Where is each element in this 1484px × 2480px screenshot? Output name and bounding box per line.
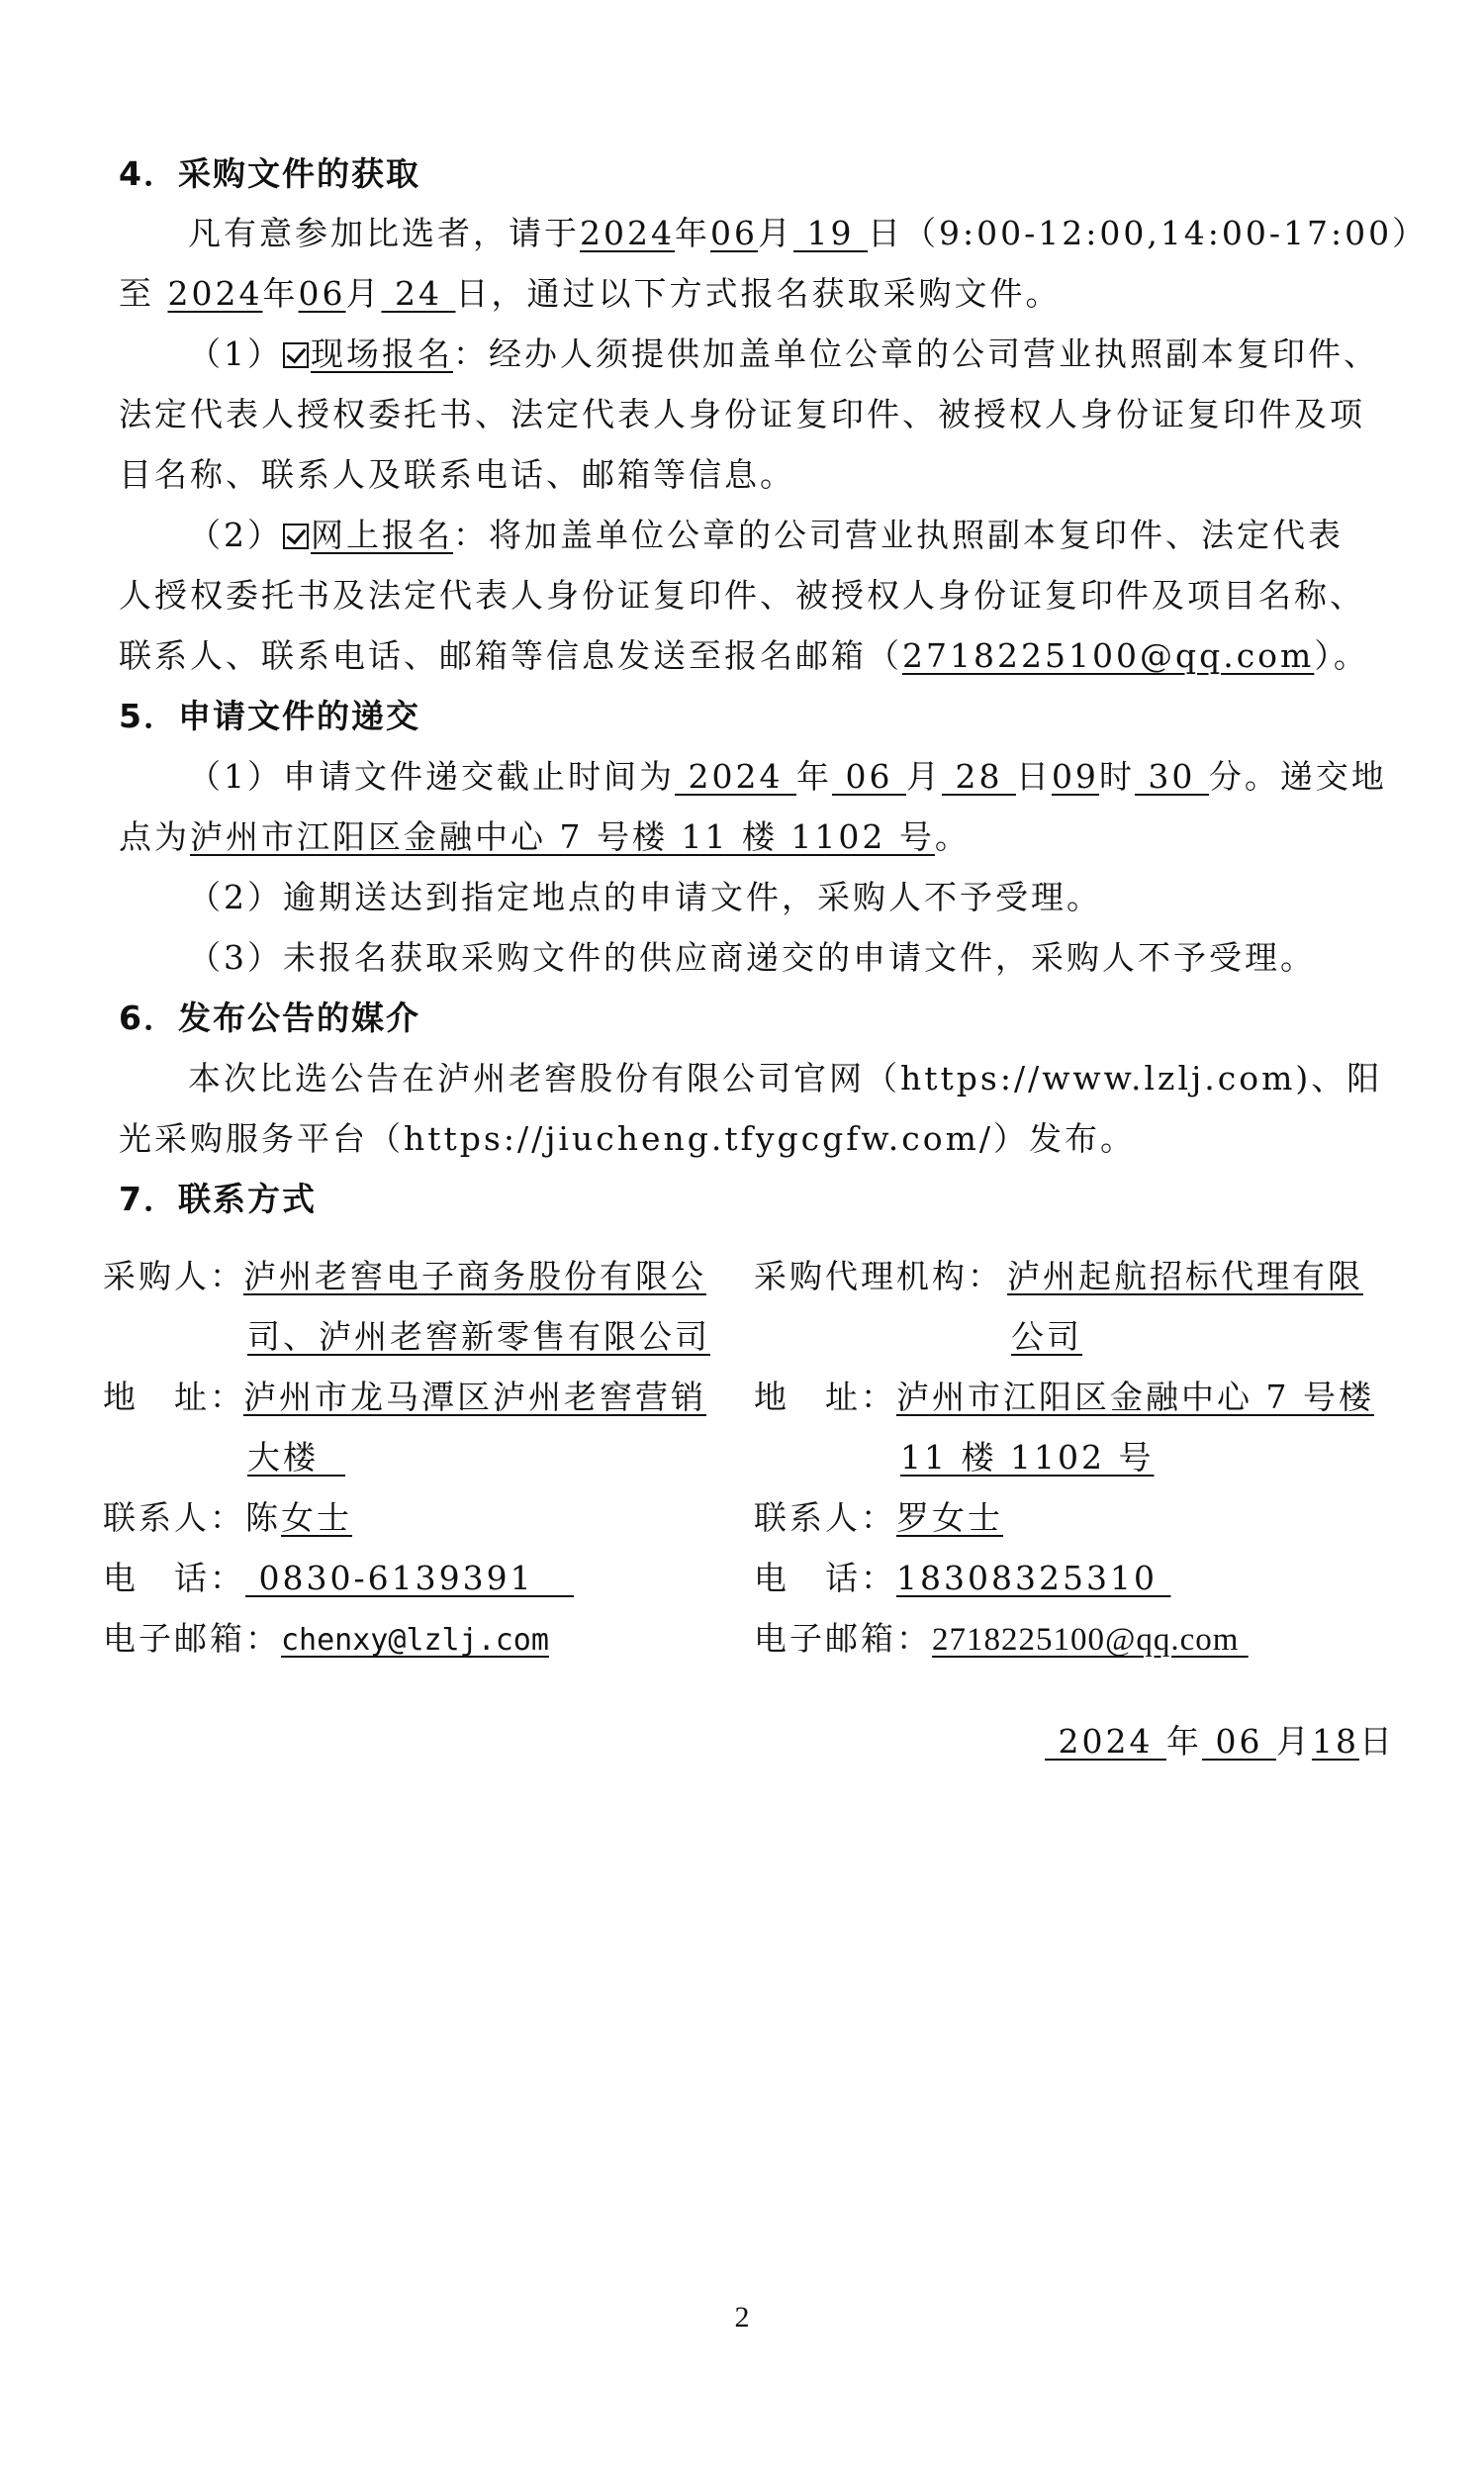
agency-contact-name: 罗女士	[896, 1498, 1003, 1537]
deadline-line2: 点为泸州市江阳区金融中心 7 号楼 11 楼 1102 号。	[119, 817, 971, 857]
purchaser-contact-row: 联系人：陈女士	[103, 1498, 352, 1538]
item-number: （2）	[188, 516, 283, 554]
deadline-month: 06	[832, 757, 906, 796]
onsite-registration-line2: 法定代表人授权委托书、法定代表人身份证复印件、被授权人身份证复印件及项	[119, 395, 1365, 434]
deadline-year: 2024	[675, 757, 796, 796]
hour-label: 时	[1099, 757, 1135, 796]
purchaser-phone: 0830-6139391	[245, 1559, 574, 1597]
onsite-registration-line1: （1）现场报名：经办人须提供加盖单位公章的公司营业执照副本复印件、	[188, 334, 1379, 374]
month-label: 月	[758, 214, 793, 252]
section-7-heading: 7．联系方式	[119, 1180, 317, 1219]
media-line1: 本次比选公告在泸州老窖股份有限公司官网（https://www.lzlj.com…	[188, 1059, 1382, 1098]
purchaser-address-label: 地 址：	[103, 1378, 245, 1417]
contact-label: 联系人：	[103, 1498, 245, 1537]
intro-tail: 日，通过以下方式报名获取采购文件。	[455, 274, 1061, 313]
section-4-heading: 4．采购文件的获取	[119, 154, 420, 194]
start-day: 19	[793, 214, 868, 252]
day-and-hours: 日（9:00-12:00,14:00-17:00）	[868, 214, 1428, 252]
date-year: 2024	[1045, 1722, 1166, 1761]
contact-label: 联系人：	[754, 1498, 896, 1537]
year-label: 年	[796, 757, 832, 796]
section-5-heading: 5．申请文件的递交	[119, 697, 420, 736]
option-label: 网上报名	[311, 516, 453, 554]
year-label: 年	[675, 214, 710, 252]
contact-title: 女士	[281, 1498, 352, 1537]
year-label: 年	[262, 274, 298, 313]
submission-address: 泸州市江阳区金融中心 7 号楼 11 楼 1102 号	[190, 817, 935, 856]
deadline-line1: （1）申请文件递交截止时间为 2024 年 06 月 28 日09时 30 分。…	[188, 757, 1387, 797]
start-month: 06	[710, 214, 758, 252]
date-day: 18	[1312, 1722, 1359, 1761]
agency-phone-row: 电 话：18308325310	[754, 1559, 1170, 1598]
year-label: 年	[1166, 1722, 1202, 1761]
registration-email-link[interactable]: 2718225100@qq.com	[902, 636, 1314, 675]
item-text: ：经办人须提供加盖单位公章的公司营业执照副本复印件、	[453, 334, 1379, 373]
checkbox-checked-icon[interactable]	[283, 342, 309, 368]
deadline-minute: 30	[1135, 757, 1209, 796]
phone-label: 电 话：	[754, 1559, 896, 1597]
agency-email-link[interactable]: 2718225100@qq.com	[932, 1622, 1249, 1658]
purchaser-email-link[interactable]: chenxy@lzlj.com	[281, 1623, 549, 1658]
online-registration-line2: 人授权委托书及法定代表人身份证复印件、被授权人身份证复印件及项目名称、	[119, 576, 1365, 616]
agency-address-label: 地 址：	[754, 1378, 896, 1417]
end-day: 24	[381, 274, 455, 313]
agency-phone: 18308325310	[896, 1559, 1170, 1597]
intro-text: 凡有意参加比选者，请于	[188, 214, 580, 252]
page-number: 2	[0, 2301, 1484, 2335]
document-date: 2024 年 06 月18日	[1045, 1722, 1395, 1762]
purchaser-label: 采购人：	[103, 1257, 245, 1296]
contact-surname: 陈	[245, 1498, 281, 1537]
agency-name-line1: 泸州起航招标代理有限	[1007, 1257, 1363, 1296]
phone-label: 电 话：	[103, 1559, 245, 1597]
month-label: 月	[1276, 1722, 1312, 1761]
item-number: （1）	[188, 334, 283, 373]
month-label: 月	[906, 757, 942, 796]
start-year: 2024	[580, 214, 675, 252]
email-label: 电子邮箱：	[103, 1619, 281, 1658]
purchaser-email-row: 电子邮箱：chenxy@lzlj.com	[103, 1619, 549, 1661]
item-text: ）。	[1314, 636, 1369, 675]
onsite-registration-option[interactable]: 现场报名	[283, 334, 453, 373]
section-4-intro-line2: 至 2024年06月 24 日，通过以下方式报名获取采购文件。	[119, 274, 1061, 314]
agency-address-line1: 泸州市江阳区金融中心 7 号楼	[896, 1378, 1374, 1417]
online-registration-line1: （2）网上报名：将加盖单位公章的公司营业执照副本复印件、法定代表	[188, 516, 1344, 555]
online-registration-option[interactable]: 网上报名	[283, 516, 453, 554]
end-year: 2024	[168, 274, 263, 313]
option-label: 现场报名	[311, 334, 453, 373]
onsite-registration-line3: 目名称、联系人及联系电话、邮箱等信息。	[119, 455, 795, 495]
to-label: 至	[119, 274, 154, 313]
minute-label: 分。递交地	[1209, 757, 1387, 796]
purchaser-address-line2: 大楼	[247, 1438, 345, 1478]
section-6-heading: 6．发布公告的媒介	[119, 999, 420, 1038]
location-text: 。	[935, 817, 971, 856]
purchaser-phone-row: 电 话： 0830-6139391	[103, 1559, 574, 1598]
deadline-day: 28	[942, 757, 1016, 796]
section-4-intro-line1: 凡有意参加比选者，请于2024年06月 19 日（9:00-12:00,14:0…	[188, 214, 1428, 253]
day-label: 日	[1016, 757, 1052, 796]
online-registration-line3: 联系人、联系电话、邮箱等信息发送至报名邮箱（2718225100@qq.com）…	[119, 636, 1369, 676]
item-text: 联系人、联系电话、邮箱等信息发送至报名邮箱（	[119, 636, 902, 675]
unregistered-supplier-note: （3）未报名获取采购文件的供应商递交的申请文件，采购人不予受理。	[188, 938, 1316, 978]
email-label: 电子邮箱：	[754, 1619, 932, 1658]
agency-address-line2: 11 楼 1102 号	[900, 1438, 1154, 1478]
purchaser-address-line1: 泸州市龙马潭区泸州老窖营销	[243, 1378, 706, 1417]
agency-contact-row: 联系人：罗女士	[754, 1498, 1003, 1538]
purchaser-name-line2: 司、泸州老窖新零售有限公司	[247, 1317, 710, 1357]
item-text: ：将加盖单位公章的公司营业执照副本复印件、法定代表	[453, 516, 1344, 554]
day-label: 日	[1359, 1722, 1395, 1761]
date-month: 06	[1202, 1722, 1276, 1761]
end-month: 06	[298, 274, 345, 313]
agency-name-line2: 公司	[1011, 1317, 1082, 1357]
checkbox-checked-icon[interactable]	[283, 524, 309, 549]
deadline-text: （1）申请文件递交截止时间为	[188, 757, 675, 796]
location-text: 点为	[119, 817, 190, 856]
media-line2: 光采购服务平台（https://jiucheng.tfygcgfw.com/）发…	[119, 1119, 1136, 1159]
agency-label: 采购代理机构：	[754, 1257, 1003, 1296]
deadline-hour: 09	[1052, 757, 1099, 796]
purchaser-name-line1: 泸州老窖电子商务股份有限公	[243, 1257, 706, 1296]
month-label: 月	[345, 274, 381, 313]
agency-email-row: 电子邮箱：2718225100@qq.com	[754, 1619, 1249, 1660]
late-submission-note: （2）逾期送达到指定地点的申请文件，采购人不予受理。	[188, 878, 1102, 917]
